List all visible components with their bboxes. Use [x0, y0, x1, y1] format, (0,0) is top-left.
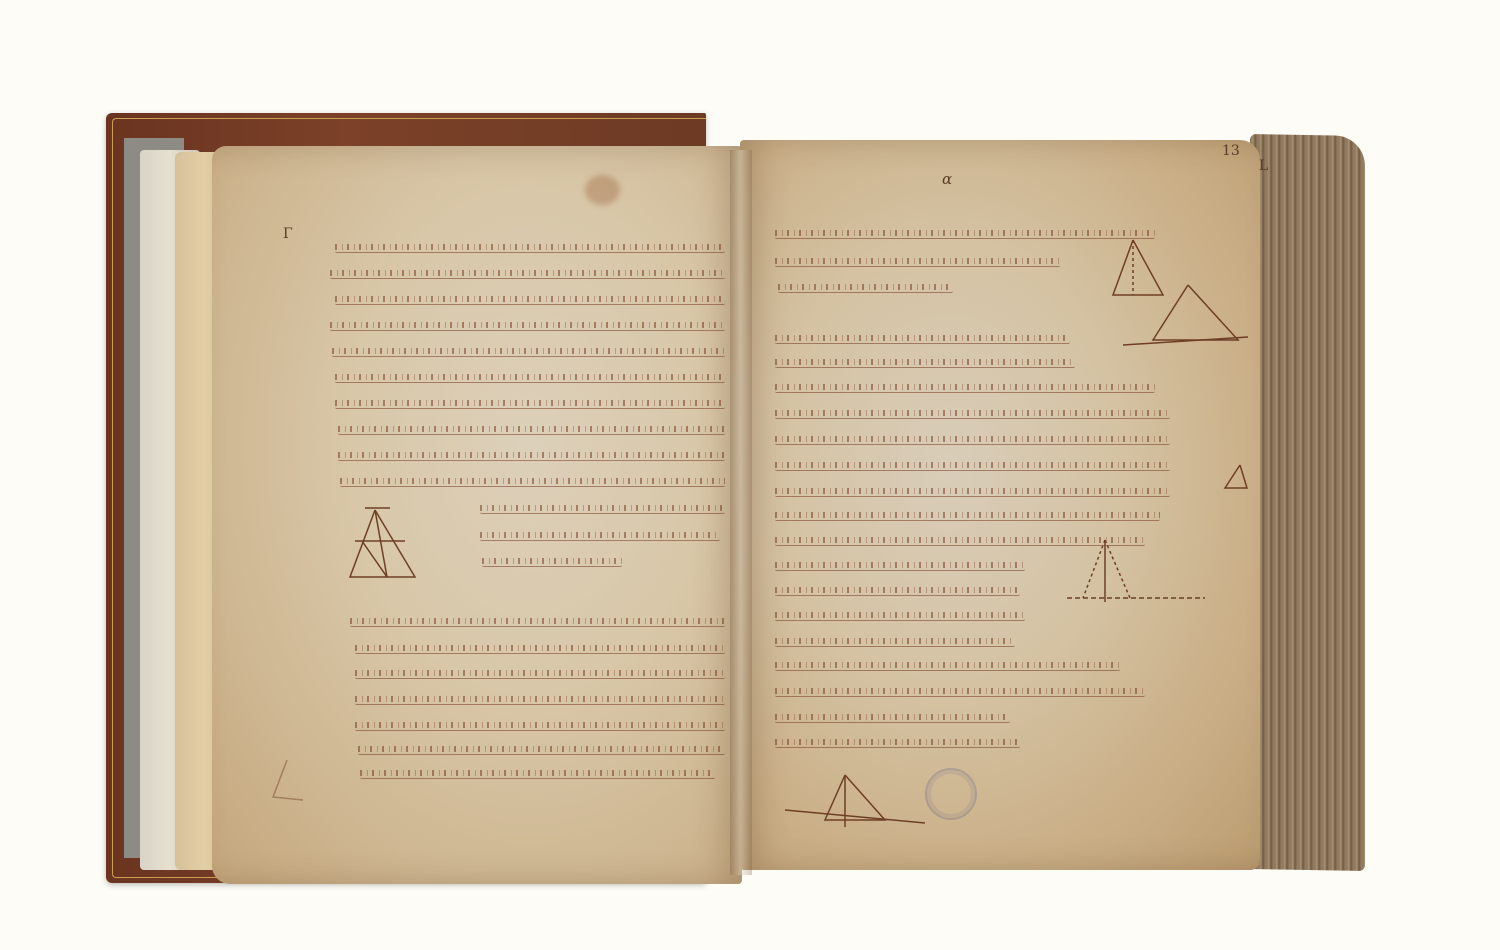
stain: [585, 175, 620, 205]
folio-number: 13: [1222, 143, 1240, 159]
faint-triangle-diagram: [265, 755, 315, 810]
corner-mark: L: [1259, 158, 1268, 174]
manuscript-photo: Γ α 13 L: [0, 0, 1500, 950]
dashed-triangle-diagram: [1065, 530, 1215, 605]
gutter: [730, 150, 752, 875]
library-stamp: [925, 768, 977, 820]
triangle-lower-right-diagram: [1118, 275, 1258, 350]
page-marker: α: [942, 170, 952, 188]
margin-triangle-diagram: [1215, 460, 1255, 495]
triangle-bottom-diagram: [780, 765, 950, 835]
right-page: [740, 140, 1260, 870]
margin-mark: Γ: [283, 226, 293, 242]
triangle-diagram: [345, 505, 445, 585]
fore-edge: [1250, 134, 1365, 871]
